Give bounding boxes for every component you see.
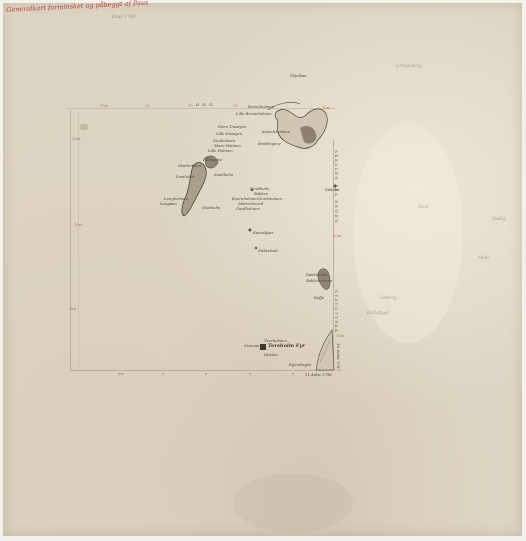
place-label: Kastelsholmen [262,129,290,134]
place-label-faint: Tveit [418,204,429,209]
place-label: Svenner [244,343,260,348]
place-label: Skjelbøe [290,73,307,78]
place-label-faint: Holtsbygd [367,310,389,315]
place-label: Store Dusøyen [218,124,246,129]
place-label: Brattingene [258,141,281,146]
place-label: Skotholm [202,205,220,210]
place-label-faint: Sølberg [380,295,397,300]
place-label: Rødsteinen [306,272,328,277]
place-label: Brennholmen [248,104,274,109]
place-label: Gardholmen [236,206,260,211]
place-label: Lille Brennholmen [236,111,272,116]
place-label: Lamholm [176,174,194,179]
place-label: Langøen [160,201,177,206]
coastline-drawing [0,0,526,541]
place-label: Skarholmen [178,163,201,168]
place-label: Sandholm [214,172,233,177]
place-label: Billingene [203,157,222,162]
place-label: Lille Holmen [208,148,233,153]
place-label-lighthouse: Torsholm Fyr [268,343,305,349]
place-label-faint: Snølig [492,216,505,221]
place-label: Hesten [264,352,278,357]
place-label: Reffe [314,295,324,300]
place-label: Søholm [325,187,339,192]
place-label: Stikkebud [258,248,278,253]
place-label: Bakkeholmen [306,278,332,283]
place-label-faint: Moen [478,255,490,260]
place-label: Lille Dusøyen [216,131,242,136]
place-label: Egerdingen [289,362,311,367]
place-label-faint: Grangeberg [396,63,422,68]
place-label: Kaneskjær [253,230,274,235]
